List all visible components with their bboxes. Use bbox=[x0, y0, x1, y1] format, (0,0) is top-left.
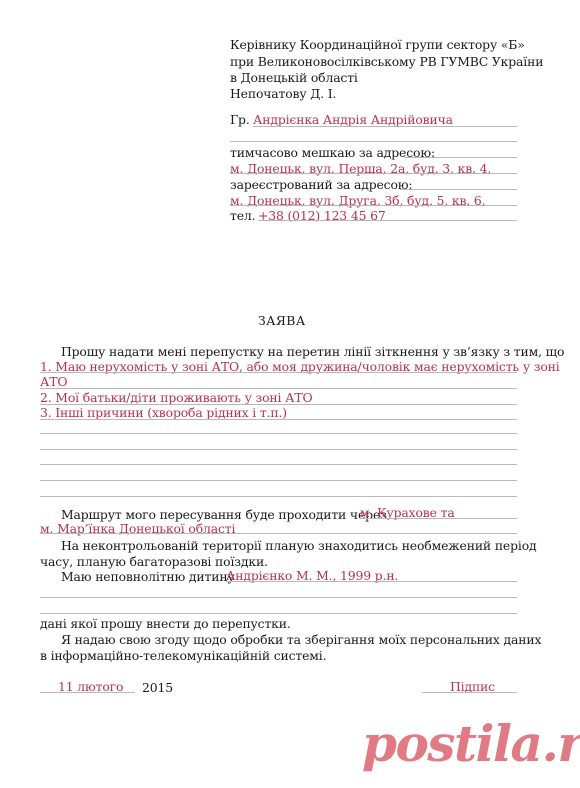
underline bbox=[230, 173, 517, 174]
consent-text: Я надаю свою згоду щодо обробки та збері… bbox=[61, 632, 541, 648]
year-text: 2015 bbox=[142, 680, 173, 696]
phone-field[interactable]: +38 (012) 123 45 67 bbox=[258, 208, 386, 224]
blank-line[interactable] bbox=[40, 464, 517, 465]
postila-watermark-logo: postila.ru bbox=[362, 714, 580, 774]
blank-line[interactable] bbox=[40, 433, 517, 434]
temp-address-label: тимчасово мешкаю за адресою: bbox=[230, 145, 435, 161]
stay-text: На неконтрольованій території планую зна… bbox=[61, 538, 537, 554]
child-label: Маю неповнолітню дитину bbox=[61, 569, 235, 585]
addressee-line: при Великоновосілківському РВ ГУМВС Укра… bbox=[230, 54, 543, 70]
addressee-line: в Донецькій області bbox=[230, 70, 358, 86]
underline bbox=[405, 157, 517, 158]
underline bbox=[230, 205, 517, 206]
addressee-line: Непочатову Д. І. bbox=[230, 86, 336, 102]
blank-line[interactable] bbox=[40, 597, 517, 598]
temp-address-field[interactable]: м. Донецьк, вул. Перша, 2а, буд. 3, кв. … bbox=[230, 161, 491, 177]
underline bbox=[40, 388, 517, 389]
underline bbox=[400, 189, 517, 190]
route-field-continued[interactable]: м. Мар’їнка Донецької області bbox=[40, 521, 235, 537]
application-document: Керівнику Координаційної групи сектору «… bbox=[0, 0, 580, 788]
underline bbox=[360, 518, 517, 519]
document-title: ЗАЯВА bbox=[258, 313, 306, 328]
underline bbox=[40, 372, 517, 373]
blank-line[interactable] bbox=[40, 613, 517, 614]
phone-label: тел. bbox=[230, 208, 255, 224]
underline bbox=[40, 419, 517, 420]
request-intro: Прошу надати мені перепустку на перетин … bbox=[61, 344, 564, 360]
underline bbox=[40, 533, 517, 534]
underline bbox=[40, 692, 135, 693]
blank-line[interactable] bbox=[40, 496, 517, 497]
underline bbox=[422, 692, 517, 693]
underline bbox=[253, 126, 517, 127]
addressee-line: Керівнику Координаційної групи сектору «… bbox=[230, 37, 525, 53]
blank-line[interactable] bbox=[40, 449, 517, 450]
child-tail-text: дані якої прошу внести до перепустки. bbox=[40, 616, 291, 632]
underline bbox=[258, 220, 517, 221]
reg-address-field[interactable]: м. Донецьк, вул. Друга, 3б, буд. 5, кв. … bbox=[230, 193, 485, 209]
underline bbox=[226, 581, 517, 582]
consent-text: в інформаційно-телекомунікаційній систем… bbox=[40, 648, 326, 664]
applicant-prefix: Гр. bbox=[230, 112, 250, 128]
underline bbox=[230, 141, 517, 142]
reg-address-label: зареєстрований за адресою: bbox=[230, 177, 412, 193]
blank-line[interactable] bbox=[40, 480, 517, 481]
